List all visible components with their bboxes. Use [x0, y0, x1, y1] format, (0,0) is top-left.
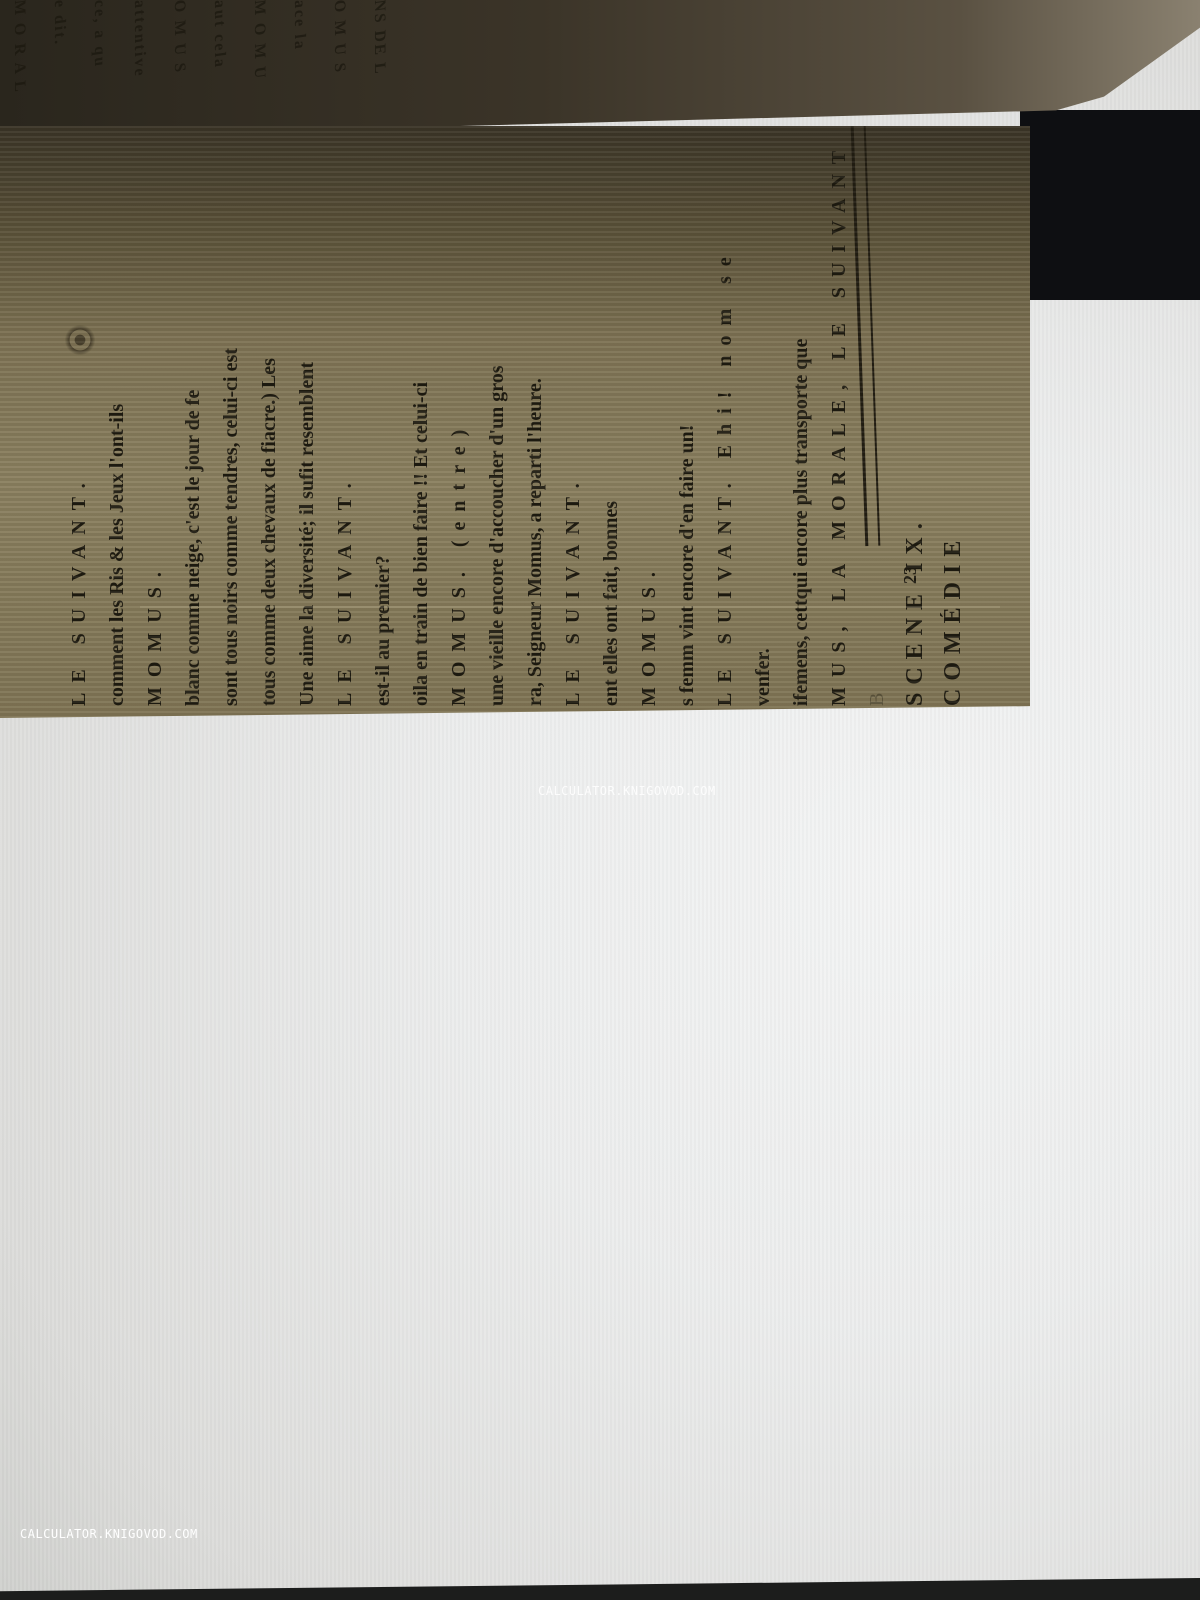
curl-line: M O M U	[250, 0, 268, 131]
curl-line: M O R A L	[10, 0, 28, 131]
curl-line: O M U S	[170, 0, 188, 131]
curl-line: O M U S	[330, 0, 348, 131]
printer-ornament-icon	[62, 322, 98, 358]
book-page: COMÉDIE SCENE IX. B MUS, LA MORALE, LE S…	[0, 126, 1030, 718]
watermark-center: CALCULATOR.KNIGOVOD.COM	[538, 784, 716, 798]
curl-line: ce, a qu	[90, 0, 108, 131]
curl-line: attentive	[130, 0, 148, 131]
text-line: comment les Ris & les Jeux l'ont-ils	[100, 206, 134, 706]
curl-line: NS DE L	[370, 0, 388, 131]
watermark-bottom-left: CALCULATOR.KNIGOVOD.COM	[20, 1527, 198, 1541]
dark-background	[1020, 110, 1200, 300]
paper-watermark	[140, 606, 1000, 708]
curled-page-text: M O R A L e dit. ce, a qu attentive O M …	[0, 0, 1110, 130]
page-number: 23	[900, 566, 921, 584]
curl-line: ace la	[290, 0, 308, 131]
curl-line: aut cela	[210, 0, 228, 131]
text-line: LE SUIVANT.	[62, 206, 96, 706]
curl-line: e dit.	[50, 0, 68, 131]
